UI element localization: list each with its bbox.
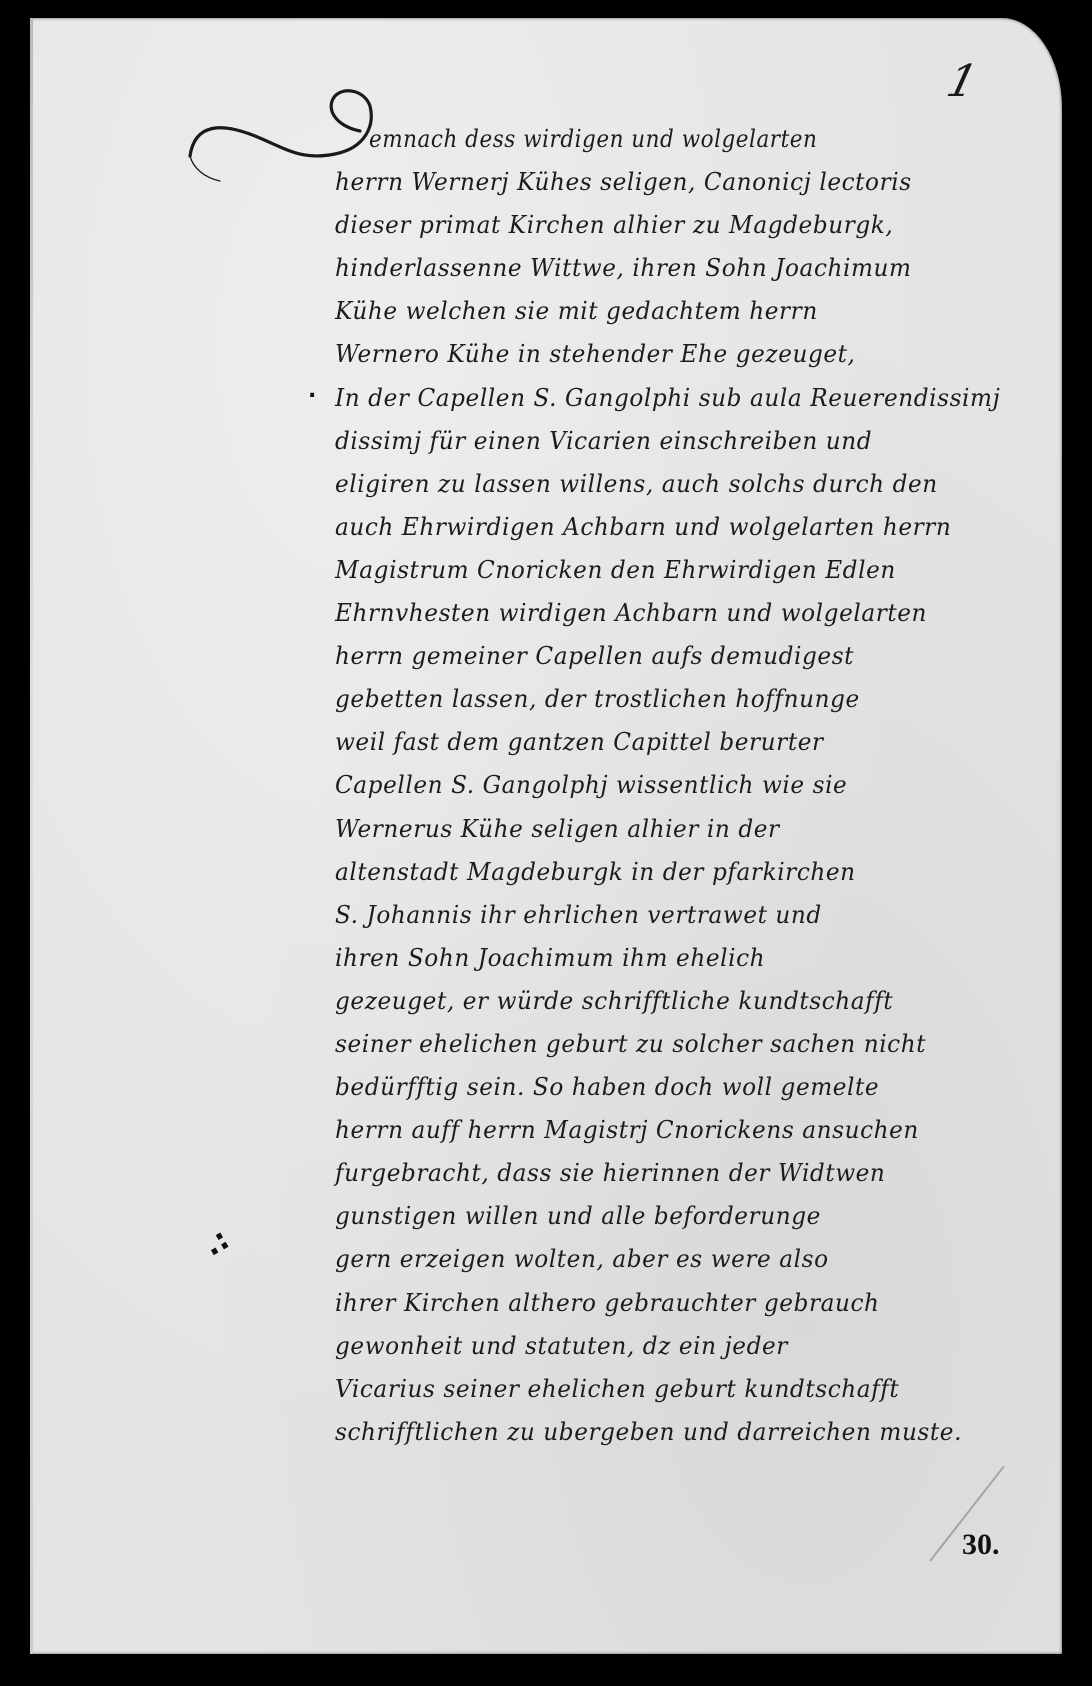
- text-line: altenstadt Magdeburgk in der pfarkirchen: [335, 851, 1025, 894]
- text-line: dieser primat Kirchen alhier zu Magdebur…: [335, 204, 1025, 247]
- text-line: gunstigen willen und alle beforderunge: [335, 1195, 1025, 1238]
- text-line: schrifftlichen zu ubergeben und darreich…: [335, 1411, 1025, 1454]
- text-line: gebetten lassen, der trostlichen hoffnun…: [335, 678, 1025, 721]
- text-line: ihren Sohn Joachimum ihm ehelich: [335, 937, 1025, 980]
- margin-dot-mark: .: [308, 380, 316, 402]
- page-edge: [30, 18, 33, 1654]
- text-line: dissimj für einen Vicarien einschreiben …: [335, 420, 1025, 463]
- text-line: S. Johannis ihr ehrlichen vertrawet und: [335, 894, 1025, 937]
- archive-number: 30.: [962, 1530, 1000, 1560]
- text-line: emnach dess wirdigen und wolgelarten: [335, 118, 975, 161]
- text-line: Vicarius seiner ehelichen geburt kundtsc…: [335, 1368, 1025, 1411]
- text-line: gern erzeigen wolten, aber es were also: [335, 1238, 1025, 1281]
- text-line: weil fast dem gantzen Capittel berurter: [335, 721, 1025, 764]
- text-line: ihrer Kirchen althero gebrauchter gebrau…: [335, 1282, 1025, 1325]
- manuscript-text: emnach dess wirdigen und wolgelarten her…: [335, 118, 1050, 1454]
- text-line: herrn Wernerj Kühes seligen, Canonicj le…: [335, 161, 1025, 204]
- text-line: Capellen S. Gangolphj wissentlich wie si…: [335, 764, 1025, 807]
- text-line: eligiren zu lassen willens, auch solchs …: [335, 463, 1025, 506]
- text-line: gezeuget, er würde schrifftliche kundtsc…: [335, 980, 1025, 1023]
- text-line: hinderlassenne Wittwe, ihren Sohn Joachi…: [335, 247, 1025, 290]
- text-line: auch Ehrwirdigen Achbarn und wolgelarten…: [335, 506, 1025, 549]
- text-line: bedürfftig sein. So haben doch woll geme…: [335, 1066, 1025, 1109]
- text-line: Wernero Kühe in stehender Ehe gezeuget,: [335, 333, 1025, 376]
- text-line: herrn gemeiner Capellen aufs demudigest: [335, 635, 1025, 678]
- text-line: Kühe welchen sie mit gedachtem herrn: [335, 290, 1025, 333]
- text-line: Magistrum Cnoricken den Ehrwirdigen Edle…: [335, 549, 1025, 592]
- text-line: furgebracht, dass sie hierinnen der Widt…: [335, 1152, 1025, 1195]
- text-line: Ehrnvhesten wirdigen Achbarn und wolgela…: [335, 592, 1025, 635]
- text-line: herrn auff herrn Magistrj Cnorickens ans…: [335, 1109, 1025, 1152]
- text-line: In der Capellen S. Gangolphi sub aula Re…: [335, 377, 1025, 420]
- text-line: seiner ehelichen geburt zu solcher sache…: [335, 1023, 1025, 1066]
- text-line: gewonheit und statuten, dz ein jeder: [335, 1325, 1025, 1368]
- text-line: Wernerus Kühe seligen alhier in der: [335, 808, 1025, 851]
